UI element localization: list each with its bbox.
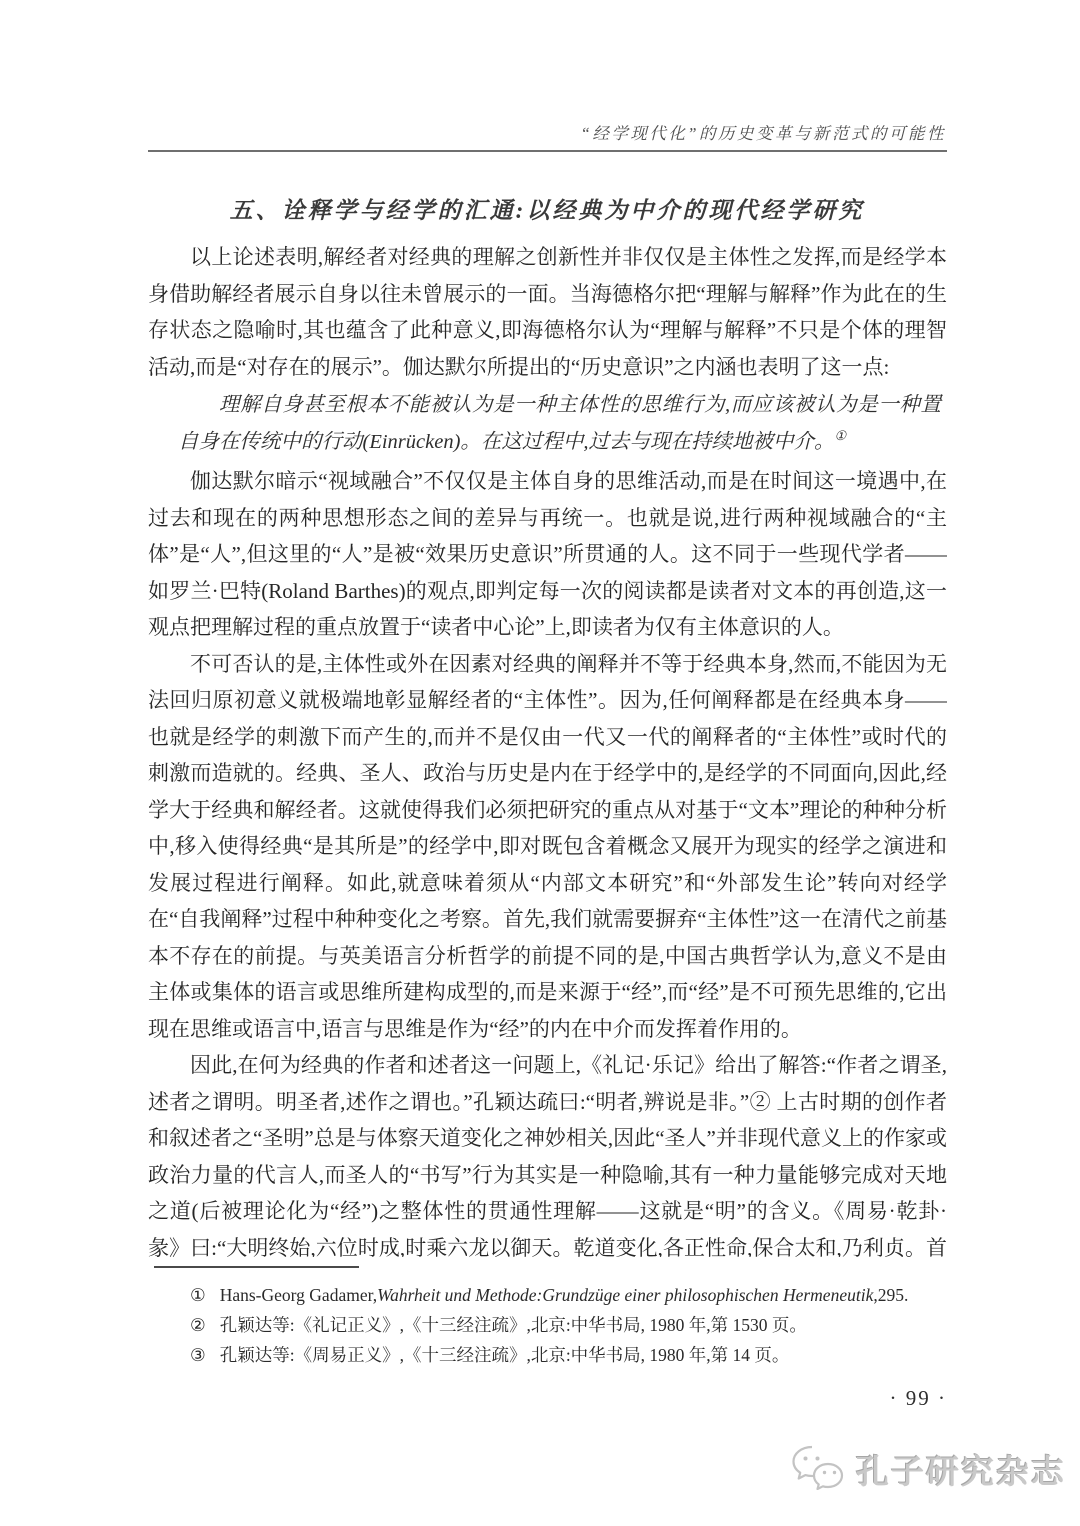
footnote-3-marker: ③ xyxy=(190,1345,206,1365)
header-rule xyxy=(148,150,947,152)
article-body: 以上论述表明,解经者对经典的理解之创新性并非仅仅是主体性之发挥,而是经学本身借助… xyxy=(148,239,947,1257)
running-header: “经学现代化”的历史变革与新范式的可能性 xyxy=(148,120,946,144)
paragraph-3: 不可否认的是,主体性或外在因素对经典的阐释并不等于经典本身,然而,不能因为无法回… xyxy=(148,646,947,1048)
footnote-1-author: Hans-Georg Gadamer, xyxy=(220,1285,377,1305)
section-title: 五、诠释学与经学的汇通:以经典为中介的现代经学研究 xyxy=(148,192,946,225)
paragraph-2: 伽达默尔暗示“视域融合”不仅仅是主体自身的思维活动,而是在时间这一境遇中,在过去… xyxy=(148,463,947,646)
footnote-1: ①Hans-Georg Gadamer,Wahrheit und Methode… xyxy=(148,1280,947,1310)
watermark-text: 孔子研究杂志 xyxy=(856,1446,1066,1493)
block-quote: 理解自身甚至根本不能被认为是一种主体性的思维行为,而应该被认为是一种置自身在传统… xyxy=(148,387,947,461)
footnote-3: ③孔颖达等:《周易正义》,《十三经注疏》,北京:中华书局, 1980 年,第 1… xyxy=(148,1340,947,1370)
footnote-1-marker: ① xyxy=(190,1285,206,1305)
running-header-title: “经学现代化”的历史变革与新范式的可能性 xyxy=(581,124,946,143)
journal-watermark: 孔子研究杂志 xyxy=(790,1444,1066,1495)
paragraph-4: 因此,在何为经典的作者和述者这一问题上,《礼记·乐记》给出了解答:“作者之谓圣,… xyxy=(148,1047,947,1257)
footnote-1-page: ,295. xyxy=(873,1285,908,1305)
footnotes-section: ①Hans-Georg Gadamer,Wahrheit und Methode… xyxy=(148,1266,947,1370)
footnote-2-marker: ② xyxy=(190,1315,206,1335)
footnote-2-text: 孔颖达等:《礼记正义》,《十三经注疏》,北京:中华书局, 1980 年,第 15… xyxy=(220,1315,807,1335)
wechat-icon xyxy=(790,1444,848,1495)
journal-page: “经学现代化”的历史变革与新范式的可能性 五、诠释学与经学的汇通:以经典为中介的… xyxy=(0,0,1080,1526)
footnote-2: ②孔颖达等:《礼记正义》,《十三经注疏》,北京:中华书局, 1980 年,第 1… xyxy=(148,1310,947,1340)
paragraph-1: 以上论述表明,解经者对经典的理解之创新性并非仅仅是主体性之发挥,而是经学本身借助… xyxy=(148,239,947,385)
footnote-1-book-title: Wahrheit und Methode:Grundzüge einer phi… xyxy=(377,1285,873,1305)
page-number: · 99 · xyxy=(148,1386,947,1411)
footnote-separator xyxy=(154,1266,359,1268)
footnote-3-text: 孔颖达等:《周易正义》,《十三经注疏》,北京:中华书局, 1980 年,第 14… xyxy=(220,1345,790,1365)
block-quote-text: 理解自身甚至根本不能被认为是一种主体性的思维行为,而应该被认为是一种置自身在传统… xyxy=(178,394,941,453)
footnote-ref-1: ① xyxy=(835,428,847,443)
